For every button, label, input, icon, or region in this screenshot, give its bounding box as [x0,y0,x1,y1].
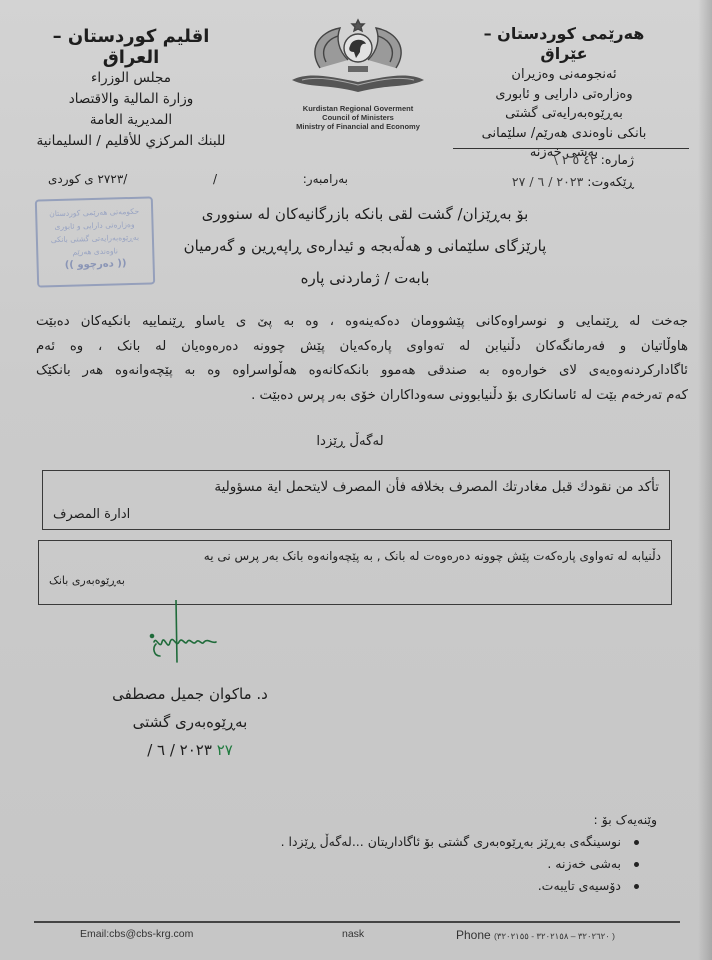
signature-date-day: ٢٧ [217,741,233,759]
phone-label: Phone [456,928,491,942]
reference-date: ڕێکەوت: ٢٠٢٣ / ٦ / ٢٧ [464,171,634,193]
notice-text: تأكد من نقودك قبل مغادرتك المصرف بخلافه … [214,479,659,495]
kurdistan-eagle-emblem-icon [278,10,438,102]
notice-signature: بەڕێوەبەری بانک [49,574,125,587]
logo-caption-line: Ministry of Financial and Economy [268,122,448,131]
logo-caption-line: Kurdistan Regional Goverment [268,104,448,113]
recipient-line: پارێزگای سلێمانی و هەڵەبجە و ئیدارەی ڕاپ… [120,230,610,262]
copy-to-items: نوسینگەی بەڕێز بەڕێوەبەری گشتی بۆ ئاگادا… [177,831,657,897]
signatory-name: د. ماكوان جميل مصطفى [100,680,280,708]
signature-date-rest: ٢٠٢٣ / ٦ / [147,741,212,759]
copy-to-list: وێنەیەک بۆ : نوسینگەی بەڕێز بەڕێوەبەری گ… [177,812,657,897]
footer-divider [34,921,680,923]
phone-numbers: (٣٢٠٢٦٢٠ – ٣٢٠٢١٥٨ - ٣٢٠٢١٥٥ ) [494,931,615,941]
copy-to-item: دۆسیەی تایبەت. [177,875,639,897]
kurdish-notice-box: دڵنیابە لە تەواوی پارەکەت پێش چوونە دەرە… [38,540,672,605]
reference-date-value: ٢٠٢٣ / ٦ / ٢٧ [512,174,583,189]
logo-caption: Kurdistan Regional Goverment Council of … [268,104,448,131]
copy-to-item: بەشی خەزنە . [177,853,639,875]
signatory-title: بەڕێوەبەری گشتی [100,708,280,736]
kurdish-letterhead: هەرێمی کوردستان – عێراق ئەنجومەنی وەزیرا… [464,24,664,163]
arabic-letterhead-line: مجلس الوزراء [26,68,236,89]
body-line: هاوڵاتیان و فەرمانگەکان دڵنیابن لە تەواو… [36,335,688,360]
kurdish-letterhead-line: ئەنجومەنی وەزیران [464,65,664,85]
equivalent-label: بەرامبەر: [303,172,348,186]
kurdish-region-title: هەرێمی کوردستان – عێراق [464,24,664,63]
signature-date: ٢٧ ٢٠٢٣ / ٦ / [100,736,280,764]
letter-body: جەخت لە ڕێنمایی و نوسراوەکانی پێشوومان د… [36,310,688,408]
body-line: کەم تەرخەم بێت لە ئاسانکاری بۆ دڵنیابوون… [36,384,688,409]
copy-to-item: نوسینگەی بەڕێز بەڕێوەبەری گشتی بۆ ئاگادا… [177,831,639,853]
arabic-notice-box: تأكد من نقودك قبل مغادرتك المصرف بخلافه … [42,470,670,530]
kurdish-letterhead-line: وەزارەتی دارایی و ئابوری [464,85,664,105]
page-edge-shadow [698,0,712,960]
closing-regards: لەگەڵ ڕێزدا [290,434,410,449]
body-line: ئاگادارکردنەوەیەی لای خوارەوە بە صندقی ه… [36,359,688,384]
notice-signature: ادارة المصرف [53,507,130,522]
handwritten-signature-icon [140,600,260,680]
footer-phone: Phone (٣٢٠٢٦٢٠ – ٣٢٠٢١٥٨ - ٣٢٠٢١٥٥ ) [456,928,615,942]
reference-number-label: ژمارە: [601,152,634,167]
arabic-letterhead-line: وزارة المالية والاقتصاد [26,89,236,110]
letter-footer: Email:cbs@cbs-krg.com nask Phone (٣٢٠٢٦٢… [0,928,712,946]
arabic-letterhead: اقليم كوردستان – العراق مجلس الوزراء وزا… [26,26,236,152]
footer-email: Email:cbs@cbs-krg.com [80,928,193,940]
signatory-block: د. ماكوان جميل مصطفى بەڕێوەبەری گشتی ٢٧ … [100,680,280,764]
kurdish-year: /٢٧٢٣ ی کوردی [48,172,127,186]
notice-text: دڵنیابە لە تەواوی پارەکەت پێش چوونە دەرە… [204,549,661,563]
arabic-letterhead-line: المديرية العامة [26,110,236,131]
arabic-region-title: اقليم كوردستان – العراق [26,26,236,68]
government-logo: Kurdistan Regional Goverment Council of … [268,10,448,140]
arabic-letterhead-line: للبنك المركزي للأقليم / السليمانية [26,131,236,152]
reference-block: ژمارە: ٤٢ ٥ ٢ \ ڕێکەوت: ٢٠٢٣ / ٦ / ٢٧ [464,149,634,193]
copy-to-title: وێنەیەک بۆ : [177,812,657,827]
recipient-line: بۆ بەڕێزان/ گشت لقی بانکە بازرگانیەکان ل… [120,198,610,230]
subject-line: بابەت / ژماردنی پارە [120,262,610,294]
reference-number-value: ٤٢ ٥ ٢ \ [554,152,597,167]
logo-caption-line: Council of Ministers [268,113,448,122]
letter-page: اقليم كوردستان – العراق مجلس الوزراء وزا… [0,0,712,960]
equivalent-value: / [213,172,217,186]
reference-date-label: ڕێکەوت: [587,174,634,189]
recipient-block: بۆ بەڕێزان/ گشت لقی بانکە بازرگانیەکان ل… [120,198,610,294]
equivalent-date-row: بەرامبەر: / /٢٧٢٣ ی کوردی [48,172,348,186]
kurdish-letterhead-line: بەڕێوەبەرایەتی گشتی [464,104,664,124]
footer-middle-text: nask [342,928,364,940]
kurdish-letterhead-line: بانكی ناوەندی هەرێم/ سلێمانی [464,124,664,144]
reference-number: ژمارە: ٤٢ ٥ ٢ \ [464,149,634,171]
body-line: جەخت لە ڕێنمایی و نوسراوەکانی پێشوومان د… [36,310,688,335]
